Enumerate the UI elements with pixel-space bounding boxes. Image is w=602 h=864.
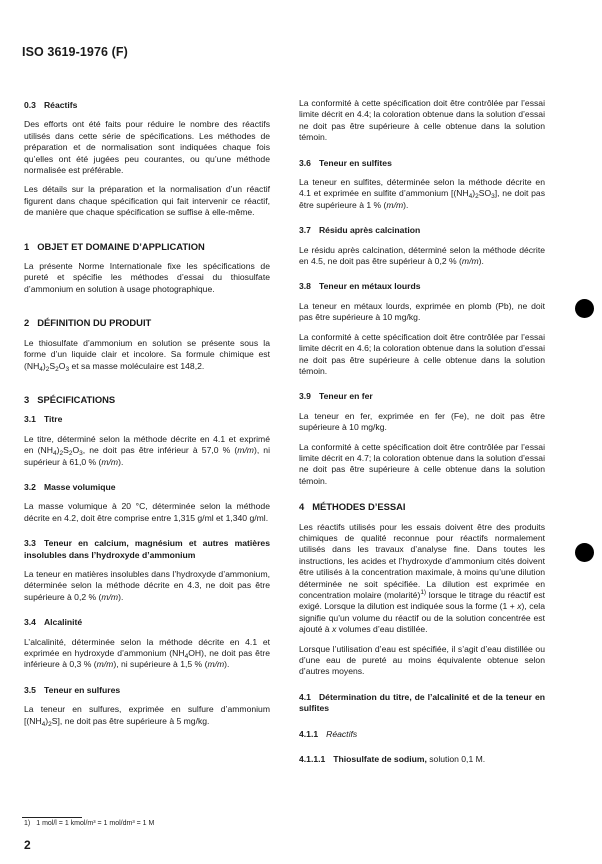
section-3-1-heading: 3.1Titre [24, 414, 270, 425]
section-4-para-2: Lorsque l’utilisation d’eau est spécifié… [299, 644, 545, 678]
section-3-5-heading: 3.5Teneur en sulfures [24, 685, 270, 696]
footnote-divider [22, 817, 82, 818]
section-1-para: La présente Norme Internationale fixe le… [24, 261, 270, 295]
right-column: La conformité à cette spécification doit… [299, 98, 545, 773]
section-4-heading: 4MÉTHODES D’ESSAI [299, 501, 545, 512]
section-3-8-para-2: La conformité à cette spécification doit… [299, 332, 545, 378]
footnote: 1)1 mol/l = 1 kmol/m³ = 1 mol/dm³ = 1 M [24, 820, 154, 827]
section-3-3-para: La teneur en matières insolubles dans l’… [24, 569, 270, 603]
section-3-9-para-1: La teneur en fer, exprimée en fer (Fe), … [299, 411, 545, 434]
section-1-heading: 1OBJET ET DOMAINE D’APPLICATION [24, 241, 270, 252]
left-column: 0.3Réactifs Des efforts ont été faits po… [24, 100, 270, 735]
margin-bullet-marker-1 [575, 299, 594, 318]
section-3-9-para-2: La conformité à cette spécification doit… [299, 442, 545, 488]
section-3-6-heading: 3.6Teneur en sulfites [299, 158, 545, 169]
margin-bullet-marker-2 [575, 543, 594, 562]
section-3-2-para: La masse volumique à 20 °C, déterminée s… [24, 501, 270, 524]
section-4-para-1: Les réactifs utilisés pour les essais do… [299, 522, 545, 636]
section-3-8-heading: 3.8Teneur en métaux lourds [299, 281, 545, 292]
section-3-5-continued-para: La conformité à cette spécification doit… [299, 98, 545, 144]
section-2-heading: 2DÉFINITION DU PRODUIT [24, 317, 270, 328]
section-0-3-para-1: Des efforts ont été faits pour réduire l… [24, 119, 270, 176]
section-3-3-heading: 3.3Teneur en calcium, magnésium et autre… [24, 538, 270, 561]
document-header: ISO 3619-1976 (F) [22, 45, 128, 59]
section-3-7-heading: 3.7Résidu après calcination [299, 225, 545, 236]
section-3-8-para-1: La teneur en métaux lourds, exprimée en … [299, 301, 545, 324]
section-3-2-heading: 3.2Masse volumique [24, 482, 270, 493]
section-3-7-para: Le résidu après calcination, déterminé s… [299, 245, 545, 268]
section-4-1-heading: 4.1Détermination du titre, de l’alcalini… [299, 692, 545, 715]
section-0-3-para-2: Les détails sur la préparation et la nor… [24, 184, 270, 218]
section-3-4-heading: 3.4Alcalinité [24, 617, 270, 628]
section-2-para: Le thiosulfate d’ammonium en solution se… [24, 338, 270, 372]
page-number: 2 [24, 838, 31, 852]
section-0-3-heading: 0.3Réactifs [24, 100, 270, 111]
section-3-heading: 3SPÉCIFICATIONS [24, 394, 270, 405]
section-3-4-para: L’alcalinité, déterminée selon la méthod… [24, 637, 270, 671]
section-3-6-para: La teneur en sulfites, déterminée selon … [299, 177, 545, 211]
section-3-1-para: Le titre, déterminé selon la méthode déc… [24, 434, 270, 468]
section-4-1-1-1-heading: 4.1.1.1Thiosulfate de sodium, solution 0… [299, 754, 545, 765]
section-3-9-heading: 3.9Teneur en fer [299, 391, 545, 402]
section-3-5-para: La teneur en sulfures, exprimée en sulfu… [24, 704, 270, 727]
section-4-1-1-heading: 4.1.1Réactifs [299, 729, 545, 740]
